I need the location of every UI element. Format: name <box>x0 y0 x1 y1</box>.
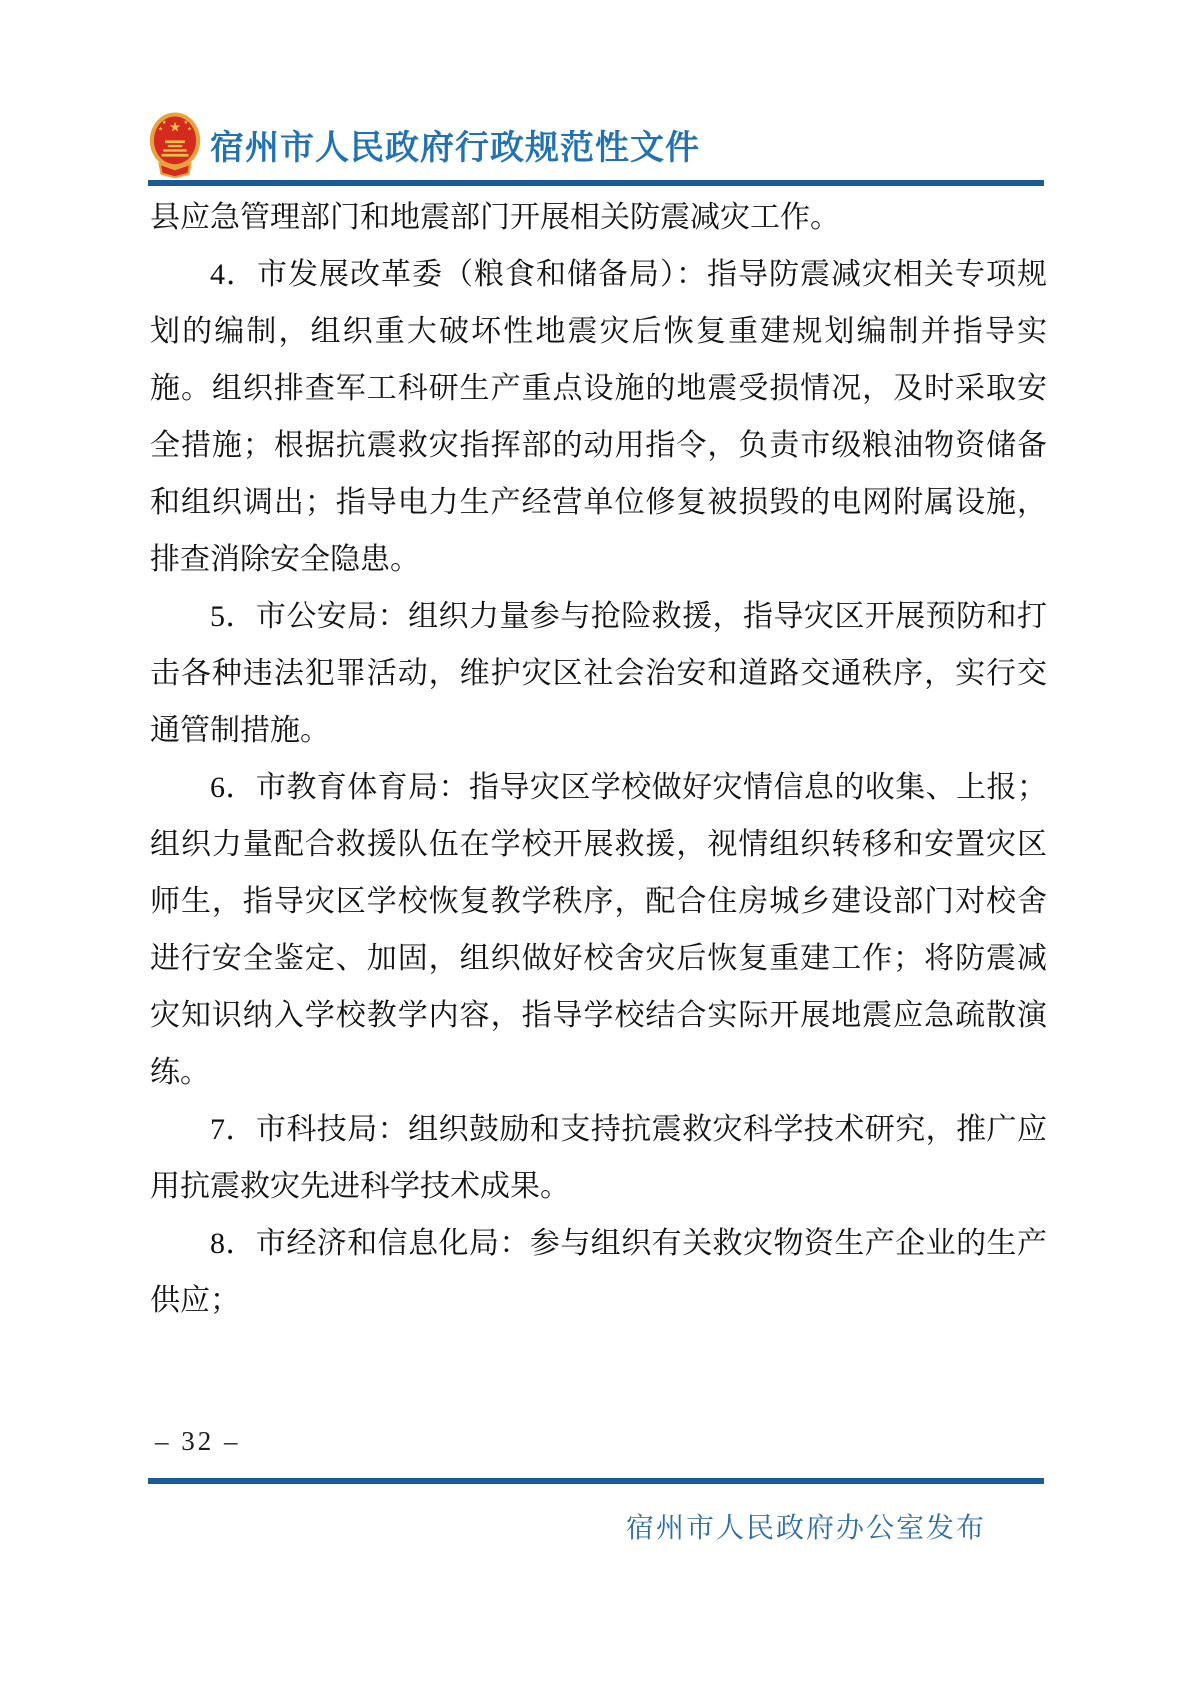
body-paragraph-item-8: 8．市经济和信息化局：参与组织有关救灾物资生产企业的生产供应； <box>150 1215 1047 1329</box>
svg-text:★: ★ <box>158 127 163 133</box>
publisher-line: 宿州市人民政府办公室发布 <box>148 1506 1044 1546</box>
body-paragraph-item-7: 7．市科技局：组织鼓励和支持抗震救灾科学技术研究，推广应用抗震救灾先进科学技术成… <box>150 1101 1047 1215</box>
body-paragraph-item-4: 4．市发展改革委（粮食和储备局）：指导防震减灾相关专项规划的编制，组织重大破坏性… <box>150 246 1047 588</box>
svg-text:★: ★ <box>187 127 192 133</box>
body-paragraph-continuation: 县应急管理部门和地震部门开展相关防震减灾工作。 <box>150 189 1047 246</box>
page-number: – 32 – <box>155 1426 241 1457</box>
national-emblem-icon: ★ ★ ★ ★ ★ <box>148 110 202 178</box>
svg-text:★: ★ <box>183 120 188 126</box>
body-paragraph-item-6: 6．市教育体育局：指导灾区学校做好灾情信息的收集、上报；组织力量配合救援队伍在学… <box>150 759 1047 1101</box>
svg-text:★: ★ <box>169 119 181 134</box>
body-paragraph-item-5: 5．市公安局：组织力量参与抢险救援，指导灾区开展预防和打击各种违法犯罪活动，维护… <box>150 588 1047 759</box>
header-title: 宿州市人民政府行政规范性文件 <box>210 120 700 169</box>
document-page: ★ ★ ★ ★ ★ 宿州市人民政府行政规范性文件 县应急管理部门和地震部门开展相… <box>0 0 1190 1683</box>
document-header: ★ ★ ★ ★ ★ 宿州市人民政府行政规范性文件 <box>148 110 1044 178</box>
document-body: 县应急管理部门和地震部门开展相关防震减灾工作。 4．市发展改革委（粮食和储备局）… <box>150 189 1047 1329</box>
footer-divider <box>148 1478 1044 1484</box>
svg-text:★: ★ <box>162 120 167 126</box>
header-divider <box>148 180 1044 186</box>
